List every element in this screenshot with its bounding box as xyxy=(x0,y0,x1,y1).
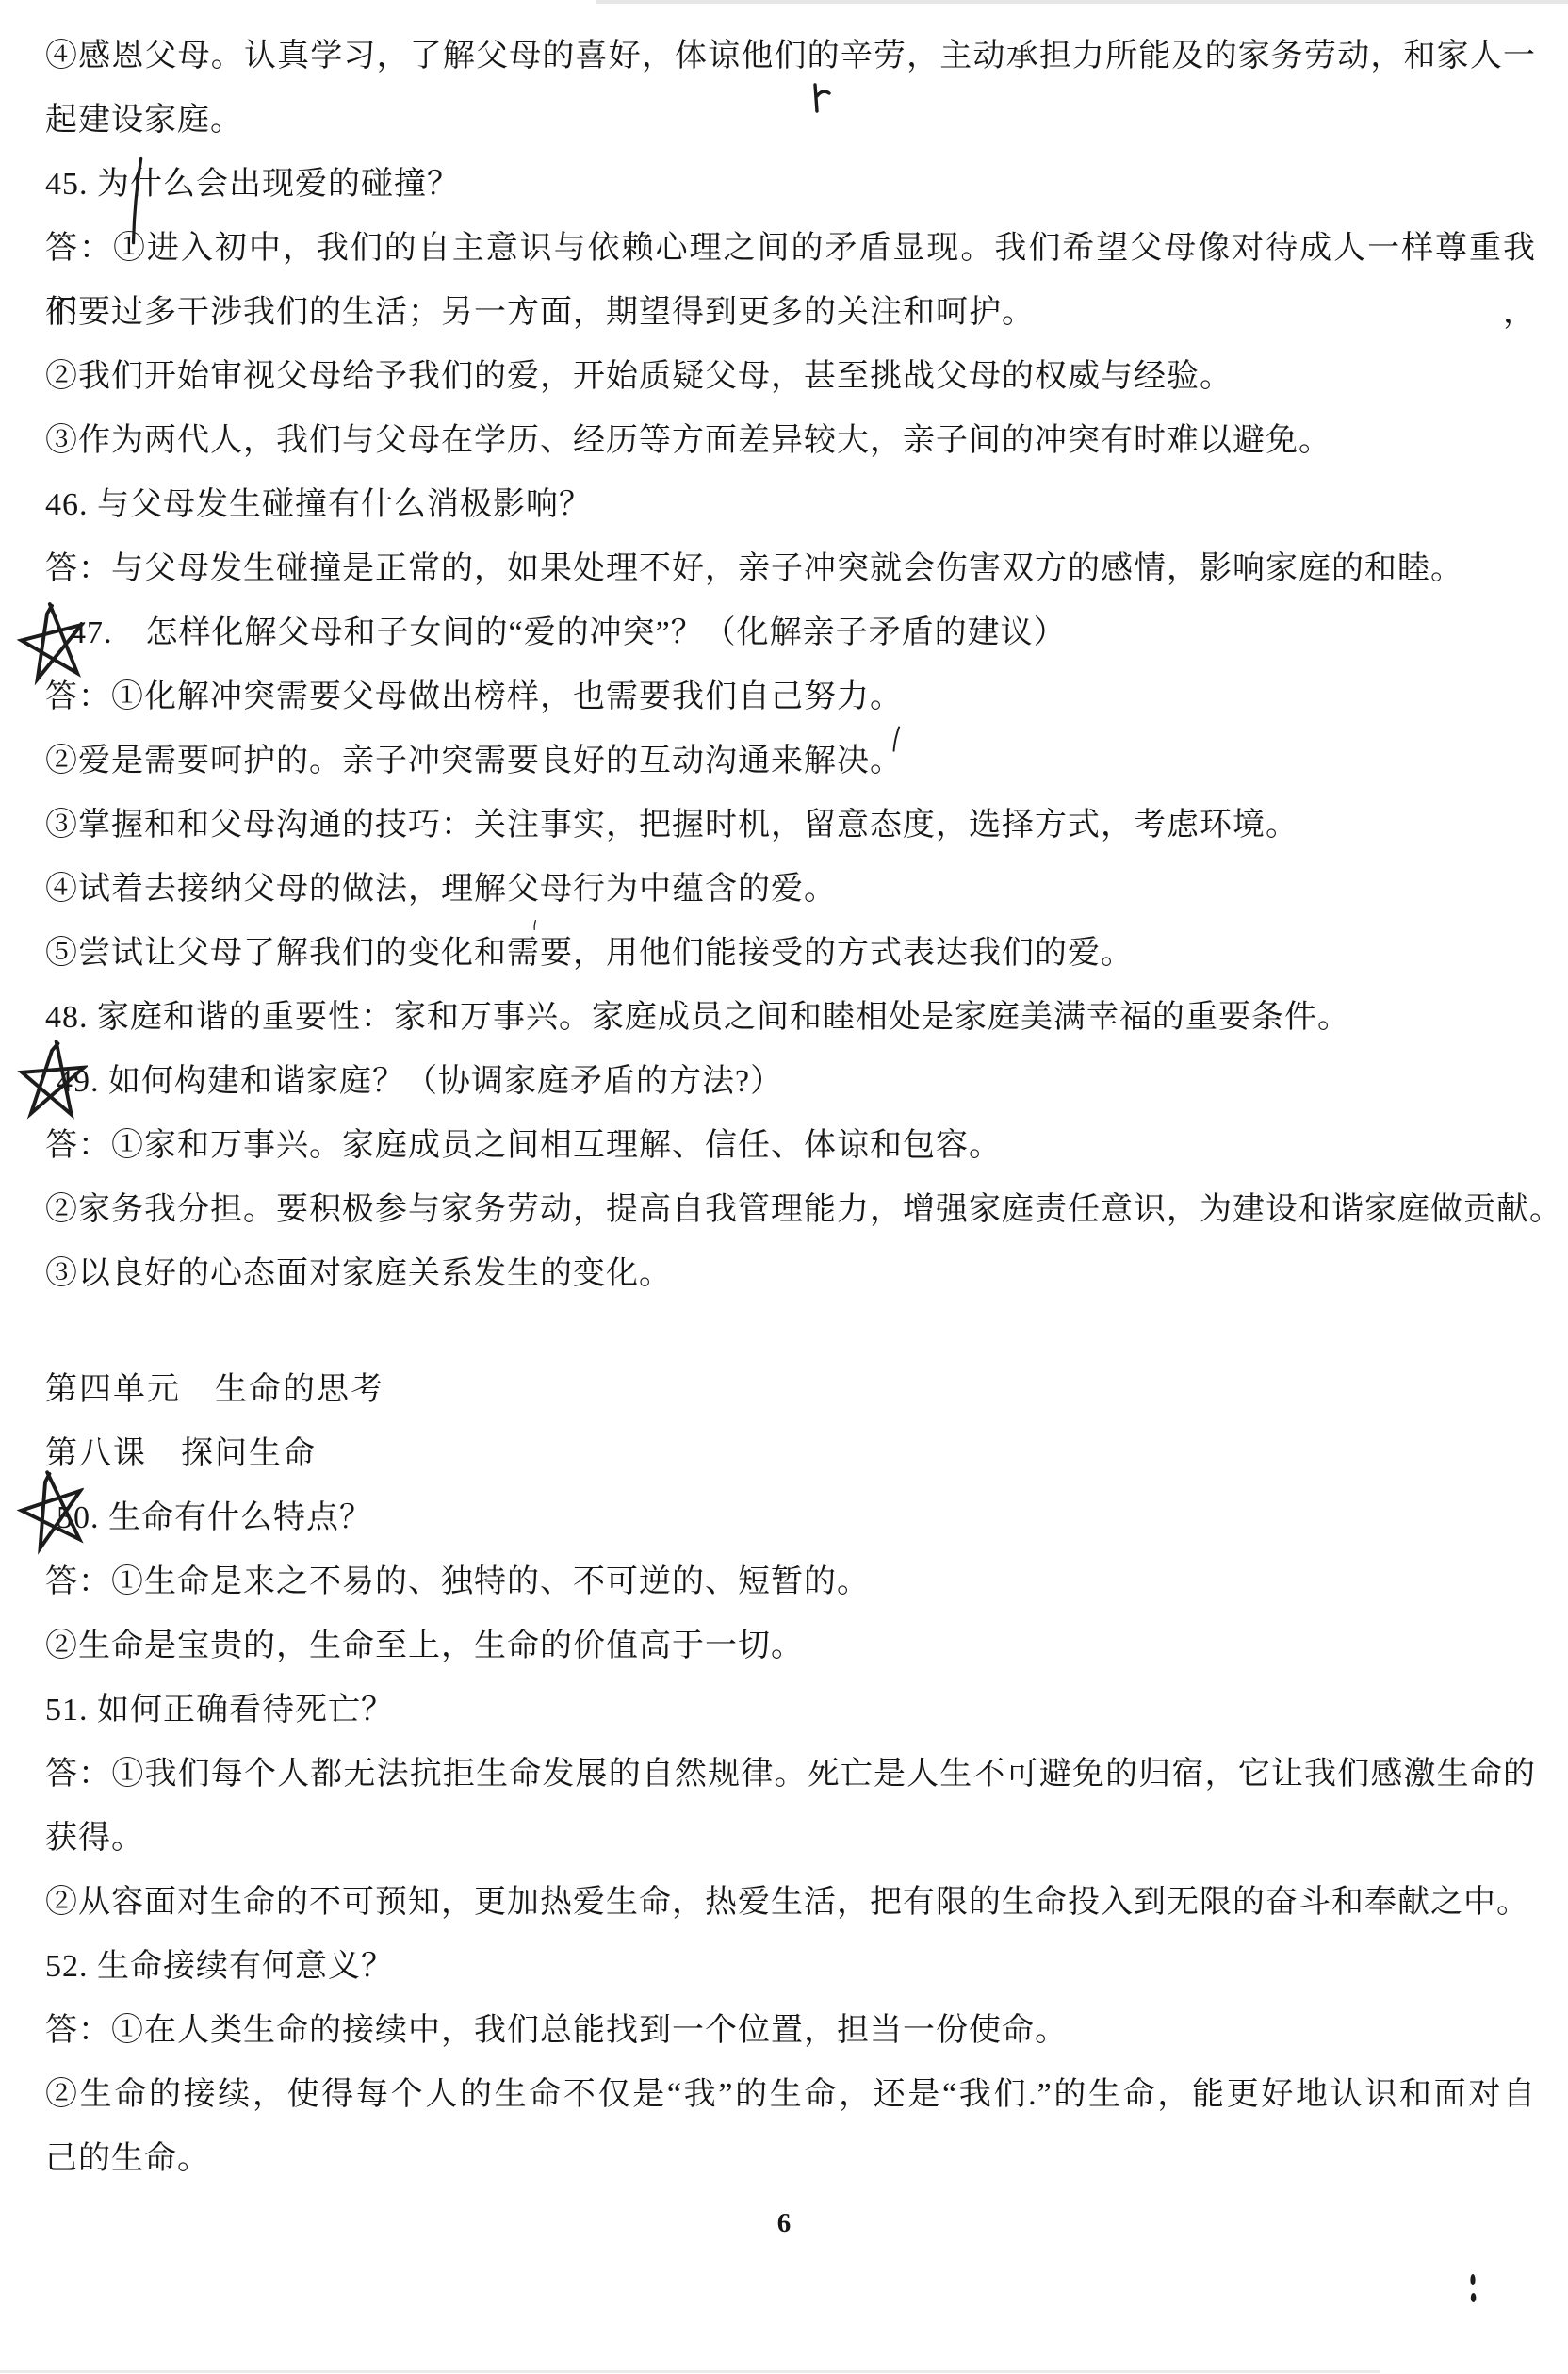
text-line: ②爱是需要呵护的。亲子冲突需要良好的互动沟通来解决。 xyxy=(45,729,1536,794)
text-line: ⑤尝试让父母了解我们的变化和需要，用他们能接受的方式表达我们的爱。 xyxy=(45,922,1536,986)
text-line: 答：与父母发生碰撞是正常的，如果处理不好，亲子冲突就会伤害双方的感情，影响家庭的… xyxy=(45,537,1536,601)
line-text: 答：①我们每个人都无法抗拒生命发展的自然规律。死亡是人生不可避免的归宿，它让我们… xyxy=(45,1757,1536,1792)
text-line: ③作为两代人，我们与父母在学历、经历等方面差异较大，亲子间的冲突有时难以避免。 xyxy=(45,409,1536,473)
line-text: 52. 生命接续有何意义？ xyxy=(45,1949,394,1984)
text-line: 52. 生命接续有何意义？ xyxy=(45,1935,1536,1999)
line-text: 第八课 探问生命 xyxy=(45,1436,317,1471)
text-line: 答：①在人类生命的接续中，我们总能找到一个位置，担当一份使命。 xyxy=(45,1999,1536,2063)
line-text: 51. 如何正确看待死亡？ xyxy=(45,1693,394,1727)
line-text: ③以良好的心态面对家庭关系发生的变化。 xyxy=(45,1256,672,1291)
text-line: ③以良好的心态面对家庭关系发生的变化。 xyxy=(45,1242,1536,1306)
scan-edge-artifact-bottom xyxy=(0,2370,1380,2373)
line-text: 49. 如何构建和谐家庭？（协调家庭矛盾的方法?） xyxy=(57,1064,783,1099)
text-line: ②生命是宝贵的，生命至上，生命的价值高于一切。 xyxy=(45,1614,1536,1678)
line-text: ②生命是宝贵的，生命至上，生命的价值高于一切。 xyxy=(45,1629,804,1663)
text-line: 50. 生命有什么特点？ xyxy=(45,1486,1536,1550)
line-text: 46. 与父母发生碰撞有什么消极影响？ xyxy=(45,487,592,522)
line-text: ②生命的接续，使得每个人的生命不仅是“我”的生命，还是“我们.”的生命，能更好地… xyxy=(45,2077,1536,2112)
document-lines: ④感恩父母。认真学习，了解父母的喜好，体谅他们的辛劳，主动承担力所能及的家务劳动… xyxy=(0,0,1568,2191)
text-line: ④试着去接纳父母的做法，理解父母行为中蕴含的爱。 xyxy=(45,858,1536,922)
scanned-document-page: ④感恩父母。认真学习，了解父母的喜好，体谅他们的辛劳，主动承担力所能及的家务劳动… xyxy=(0,0,1568,2374)
text-line: ②家务我分担。要积极参与家务劳动，提高自我管理能力，增强家庭责任意识，为建设和谐… xyxy=(45,1178,1536,1242)
line-text: ②我们开始审视父母给予我们的爱，开始质疑父母，甚至挑战父母的权威与经验。 xyxy=(45,359,1233,394)
line-text: 50. 生命有什么特点？ xyxy=(57,1500,372,1535)
line-text: ④试着去接纳父母的做法，理解父母行为中蕴含的爱。 xyxy=(45,872,837,907)
line-text: 45. 为什么会出现爱的碰撞？ xyxy=(45,167,460,202)
text-line: ②生命的接续，使得每个人的生命不仅是“我”的生命，还是“我们.”的生命，能更好地… xyxy=(45,2063,1536,2127)
line-text: 答：与父母发生碰撞是正常的，如果处理不好，亲子冲突就会伤害双方的感情，影响家庭的… xyxy=(45,551,1463,586)
line-text: 获得。 xyxy=(45,1821,144,1856)
section-heading: 第八课 探问生命 xyxy=(45,1422,1536,1486)
line-text: ②从容面对生命的不可预知，更加热爱生命，热爱生活，把有限的生命投入到无限的奋斗和… xyxy=(45,1885,1529,1920)
line-text: 起建设家庭。 xyxy=(45,103,243,138)
text-line: 答：①生命是来之不易的、独特的、不可逆的、短暂的。 xyxy=(45,1550,1536,1614)
text-line: 45. 为什么会出现爱的碰撞？ xyxy=(45,153,1536,217)
text-line: 起建设家庭。 xyxy=(45,89,1536,153)
line-text: 答：①在人类生命的接续中，我们总能找到一个位置，担当一份使命。 xyxy=(45,2013,1068,2048)
text-line: 答：①化解冲突需要父母做出榜样，也需要我们自己努力。 xyxy=(45,665,1536,729)
line-text: ⑤尝试让父母了解我们的变化和需要，用他们能接受的方式表达我们的爱。 xyxy=(45,936,1134,971)
line-text: ②爱是需要呵护的。亲子冲突需要良好的互动沟通来解决。 xyxy=(45,744,903,778)
text-line: 51. 如何正确看待死亡？ xyxy=(45,1678,1536,1743)
text-line: ②从容面对生命的不可预知，更加热爱生命，热爱生活，把有限的生命投入到无限的奋斗和… xyxy=(45,1871,1536,1935)
text-line: ②我们开始审视父母给予我们的爱，开始质疑父母，甚至挑战父母的权威与经验。 xyxy=(45,345,1536,409)
page-number: 6 xyxy=(0,2202,1568,2244)
line-text: 第四单元 生命的思考 xyxy=(45,1372,384,1407)
line-text: 不要过多干涉我们的生活；另一方面，期望得到更多的关注和呵护。 xyxy=(45,295,1035,330)
line-text: 己的生命。 xyxy=(45,2141,210,2176)
text-line: 49. 如何构建和谐家庭？（协调家庭矛盾的方法?） xyxy=(45,1050,1536,1114)
text-line: 48. 家庭和谐的重要性：家和万事兴。家庭成员之间和睦相处是家庭美满幸福的重要条… xyxy=(45,986,1536,1050)
text-line: 答：①家和万事兴。家庭成员之间相互理解、信任、体谅和包容。 xyxy=(45,1114,1536,1178)
text-line: 获得。 xyxy=(45,1807,1536,1871)
line-text: 答：①生命是来之不易的、独特的、不可逆的、短暂的。 xyxy=(45,1564,870,1599)
line-text: ④感恩父母。认真学习，了解父母的喜好，体谅他们的辛劳，主动承担力所能及的家务劳动… xyxy=(45,39,1536,74)
line-text: 48. 家庭和谐的重要性：家和万事兴。家庭成员之间和睦相处是家庭美满幸福的重要条… xyxy=(45,1000,1350,1035)
line-text: 答：①家和万事兴。家庭成员之间相互理解、信任、体谅和包容。 xyxy=(45,1128,1002,1163)
text-line: 己的生命。 xyxy=(45,2127,1536,2191)
line-text: ③作为两代人，我们与父母在学历、经历等方面差异较大，亲子间的冲突有时难以避免。 xyxy=(45,423,1331,458)
line-text: ②家务我分担。要积极参与家务劳动，提高自我管理能力，增强家庭责任意识，为建设和谐… xyxy=(45,1192,1562,1227)
text-line: 答：①我们每个人都无法抗拒生命发展的自然规律。死亡是人生不可避免的归宿，它让我们… xyxy=(45,1743,1536,1807)
line-text: ③掌握和和父母沟通的技巧：关注事实，把握时机，留意态度，选择方式，考虑环境。 xyxy=(45,808,1298,843)
text-line: 46. 与父母发生碰撞有什么消极影响？ xyxy=(45,473,1536,537)
ink-dots xyxy=(1468,2273,1478,2307)
text-line: 答：①进入初中，我们的自主意识与依赖心理之间的矛盾显现。我们希望父母像对待成人一… xyxy=(45,217,1536,281)
line-text: 答：①化解冲突需要父母做出榜样，也需要我们自己努力。 xyxy=(45,679,903,714)
text-line: ④感恩父母。认真学习，了解父母的喜好，体谅他们的辛劳，主动承担力所能及的家务劳动… xyxy=(45,25,1536,89)
text-line: ③掌握和和父母沟通的技巧：关注事实，把握时机，留意态度，选择方式，考虑环境。 xyxy=(45,794,1536,858)
text-line: 不要过多干涉我们的生活；另一方面，期望得到更多的关注和呵护。 xyxy=(45,281,1536,345)
text-line: 47. 怎样化解父母和子女间的“爱的冲突”？（化解亲子矛盾的建议） xyxy=(45,601,1536,665)
line-text: 47. 怎样化解父母和子女间的“爱的冲突”？（化解亲子矛盾的建议） xyxy=(70,615,1067,650)
section-heading: 第四单元 生命的思考 xyxy=(45,1358,1536,1422)
